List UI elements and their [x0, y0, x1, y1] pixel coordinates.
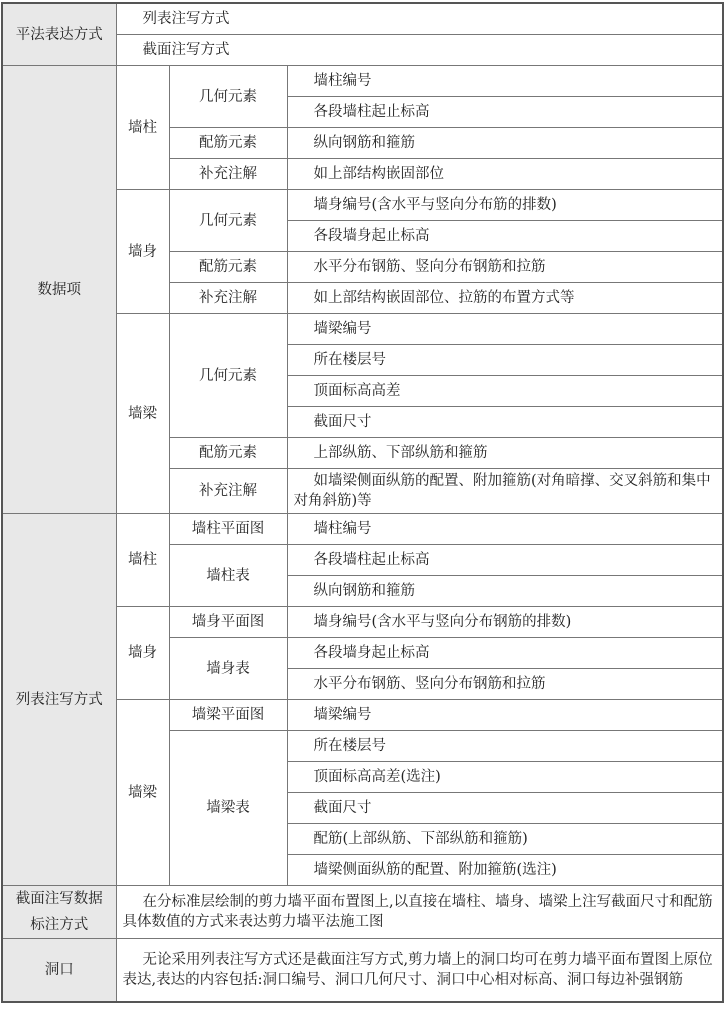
item: 截面尺寸	[287, 793, 723, 824]
item: 墙身编号(含水平与竖向分布钢筋的排数)	[287, 607, 723, 638]
data-items-label: 数据项	[2, 66, 116, 514]
item: 水平分布钢筋、竖向分布钢筋和拉筋	[287, 252, 723, 283]
item: 各段墙柱起止标高	[287, 545, 723, 576]
item: 墙身编号(含水平与竖向分布筋的排数)	[287, 190, 723, 221]
section-method-label-line2: 标注方式	[3, 912, 116, 938]
list-method-label: 列表注写方式	[2, 514, 116, 886]
group-name: 墙柱	[116, 514, 169, 607]
item: 如上部结构嵌固部位	[287, 159, 723, 190]
pingfa-item: 列表注写方式	[116, 3, 723, 35]
opening-text: 无论采用列表注写方式还是截面注写方式,剪力墙上的洞口均可在剪力墙平面布置图上原位…	[116, 939, 723, 1003]
item: 上部纵筋、下部纵筋和箍筋	[287, 438, 723, 469]
item: 墙梁侧面纵筋的配置、附加箍筋(选注)	[287, 855, 723, 886]
category: 墙梁平面图	[169, 700, 287, 731]
category: 墙身表	[169, 638, 287, 700]
item: 纵向钢筋和箍筋	[287, 576, 723, 607]
category: 补充注解	[169, 469, 287, 514]
item: 各段墙身起止标高	[287, 221, 723, 252]
category: 补充注解	[169, 159, 287, 190]
item: 配筋(上部纵筋、下部纵筋和箍筋)	[287, 824, 723, 855]
category: 配筋元素	[169, 128, 287, 159]
item: 所在楼层号	[287, 731, 723, 762]
category: 墙梁表	[169, 731, 287, 886]
item: 截面尺寸	[287, 407, 723, 438]
item: 墙柱编号	[287, 66, 723, 97]
item: 纵向钢筋和箍筋	[287, 128, 723, 159]
item: 各段墙柱起止标高	[287, 97, 723, 128]
category: 补充注解	[169, 283, 287, 314]
item: 所在楼层号	[287, 345, 723, 376]
category: 墙身平面图	[169, 607, 287, 638]
item: 如上部结构嵌固部位、拉筋的布置方式等	[287, 283, 723, 314]
group-name: 墙身	[116, 607, 169, 700]
item: 墙梁编号	[287, 700, 723, 731]
item: 顶面标高高差	[287, 376, 723, 407]
section-method-label: 截面注写数据 标注方式	[2, 886, 116, 939]
section-method-text: 在分标准层绘制的剪力墙平面布置图上,以直接在墙柱、墙身、墙梁上注写截面尺寸和配筋…	[116, 886, 723, 939]
category: 墙柱表	[169, 545, 287, 607]
item: 如墙梁侧面纵筋的配置、附加箍筋(对角暗撑、交叉斜筋和集中对角斜筋)等	[287, 469, 723, 514]
category: 配筋元素	[169, 438, 287, 469]
category: 几何元素	[169, 66, 287, 128]
item: 顶面标高高差(选注)	[287, 762, 723, 793]
item: 墙柱编号	[287, 514, 723, 545]
category: 配筋元素	[169, 252, 287, 283]
shear-wall-notation-table: 平法表达方式 列表注写方式 截面注写方式 数据项 墙柱 几何元素 墙柱编号 各段…	[1, 2, 724, 1003]
section-method-label-line1: 截面注写数据	[3, 886, 116, 912]
pingfa-label: 平法表达方式	[2, 3, 116, 66]
item: 水平分布钢筋、竖向分布钢筋和拉筋	[287, 669, 723, 700]
item: 各段墙身起止标高	[287, 638, 723, 669]
group-name: 墙柱	[116, 66, 169, 190]
group-name: 墙梁	[116, 700, 169, 886]
group-name: 墙梁	[116, 314, 169, 514]
group-name: 墙身	[116, 190, 169, 314]
category: 墙柱平面图	[169, 514, 287, 545]
category: 几何元素	[169, 190, 287, 252]
pingfa-item: 截面注写方式	[116, 35, 723, 66]
category: 几何元素	[169, 314, 287, 438]
opening-label: 洞口	[2, 939, 116, 1003]
item: 墙梁编号	[287, 314, 723, 345]
